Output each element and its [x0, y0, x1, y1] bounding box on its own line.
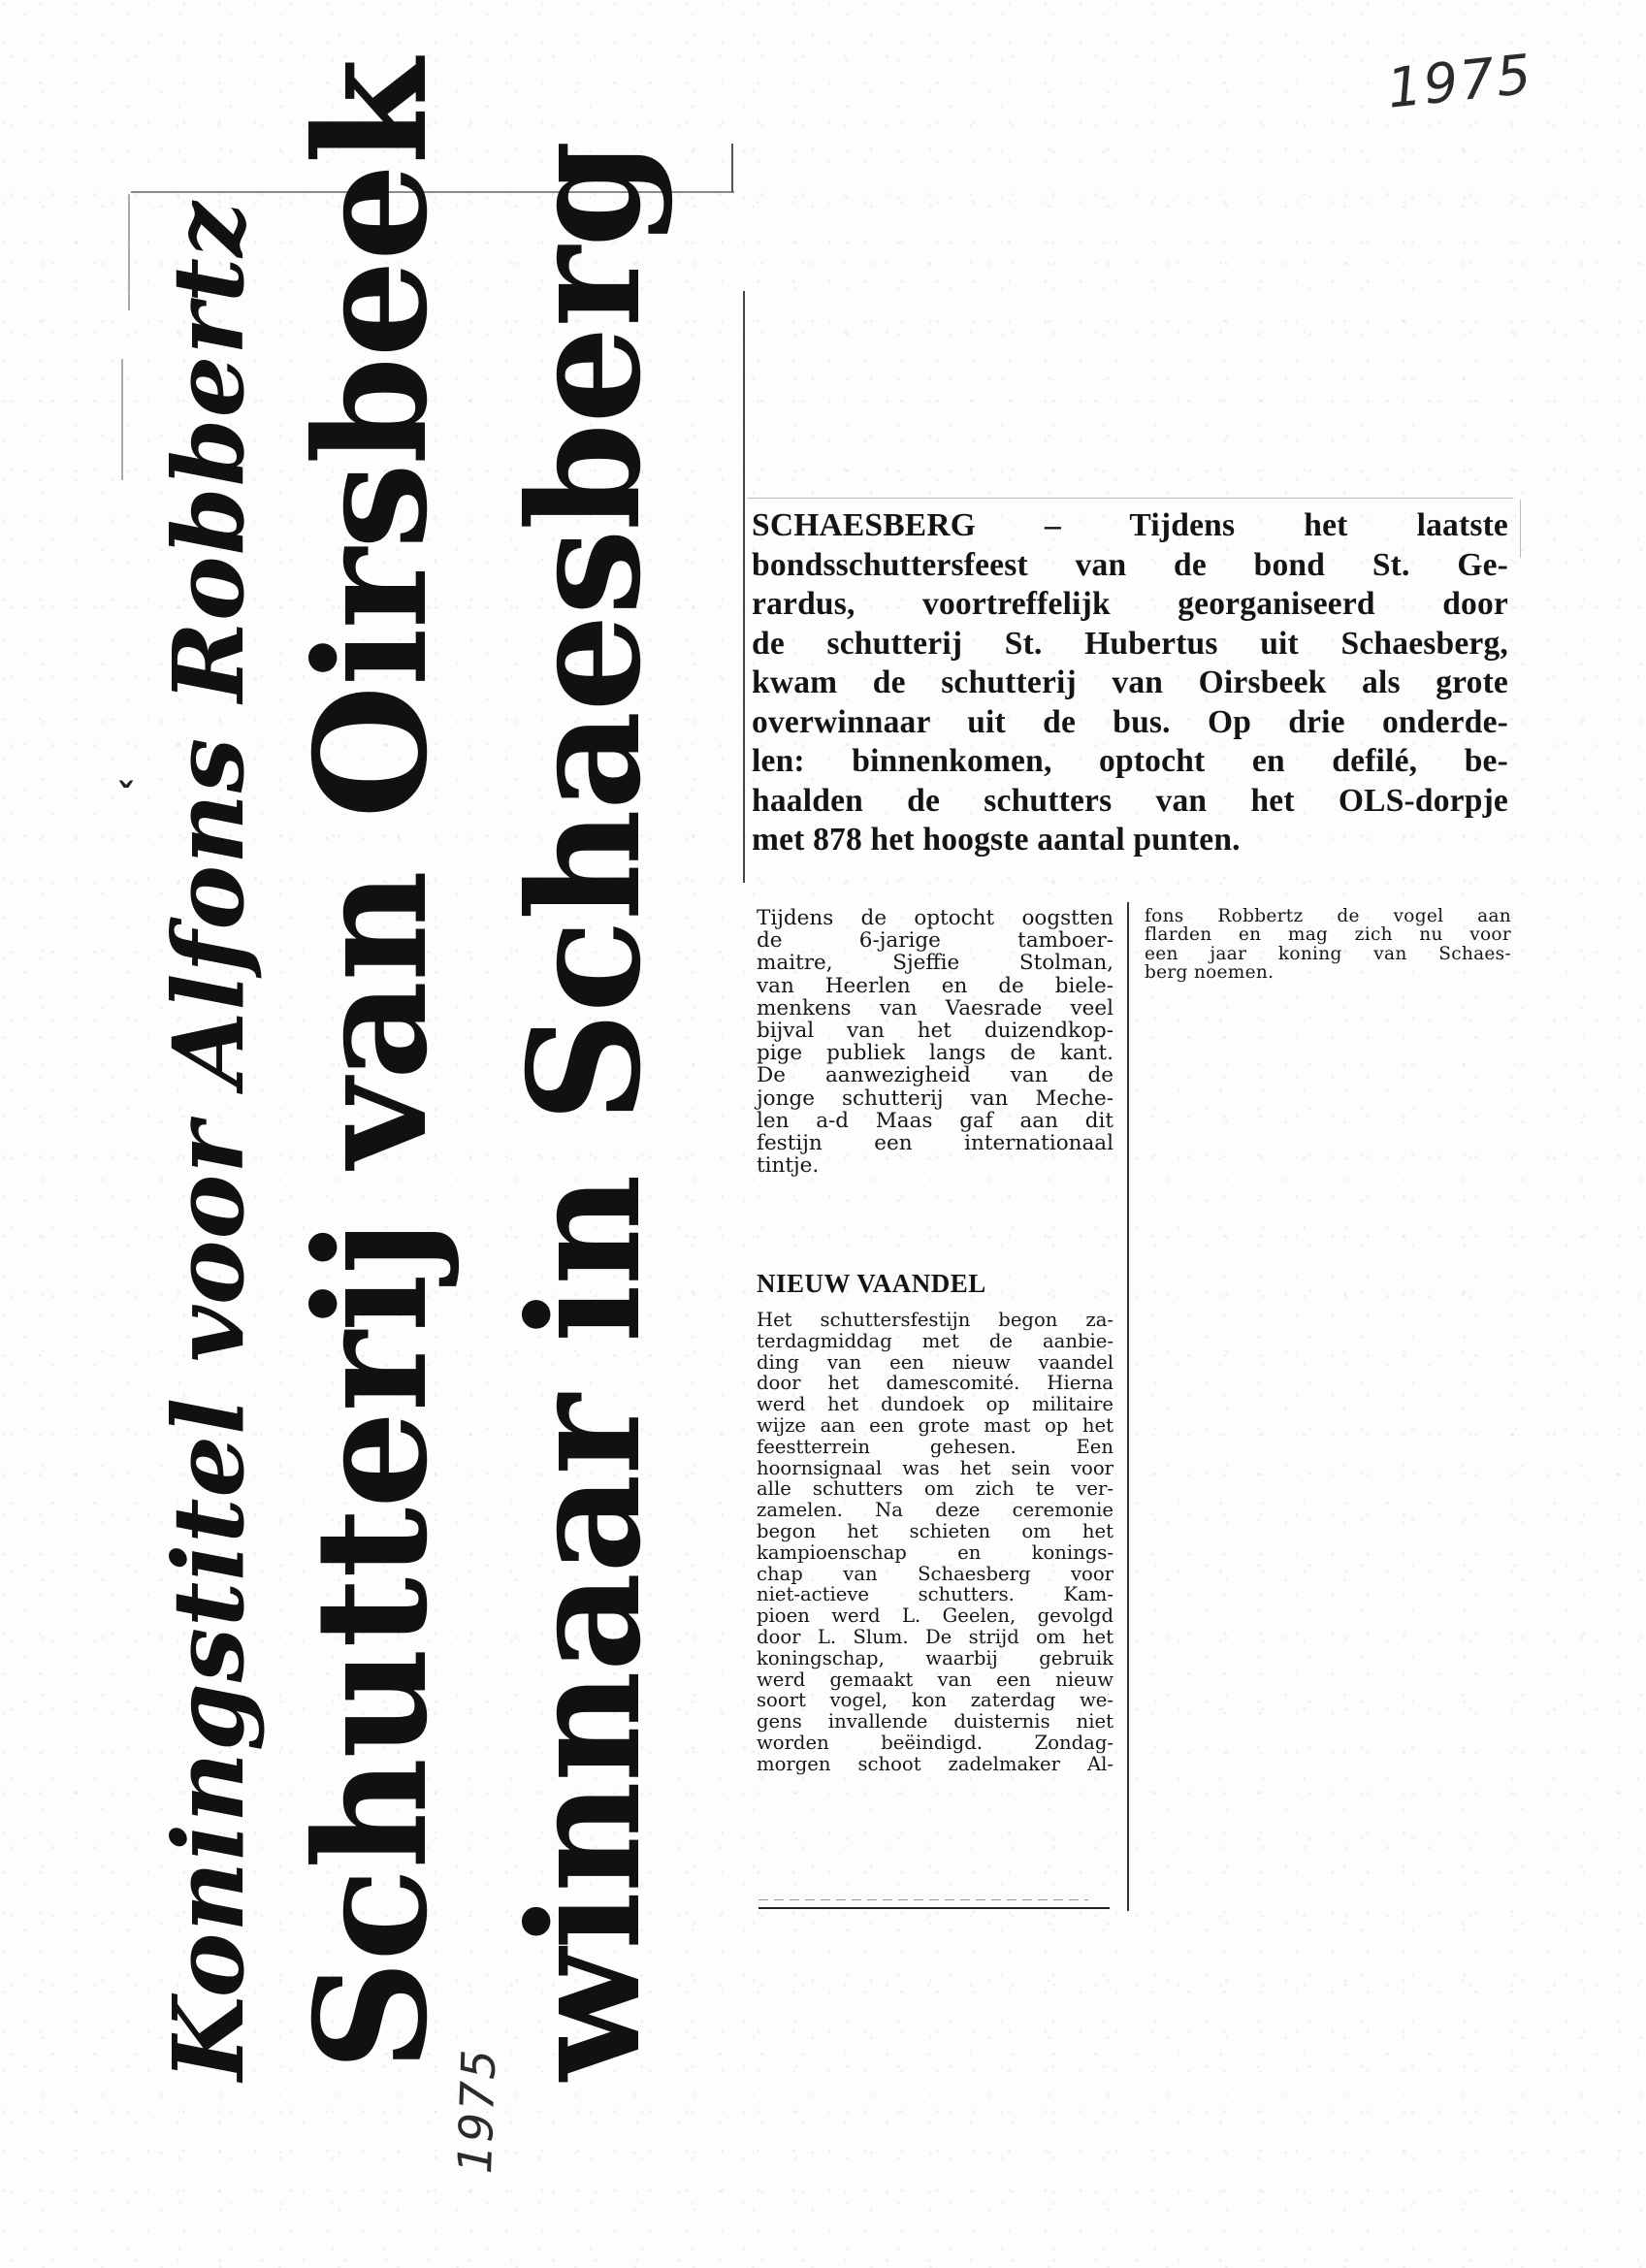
body-line: fons Robbertz de vogel aan [1145, 907, 1511, 925]
article-end-rule [758, 1907, 1110, 1909]
clipping-border-corner [731, 144, 733, 192]
body-line: chap van Schaesberg voor [757, 1564, 1113, 1585]
body-line: koningschap, waarbij gebruik [757, 1648, 1113, 1669]
column-2-paragraph: fons Robbertz de vogel aan flarden en ma… [1145, 907, 1511, 983]
lead-line: bondsschuttersfeest van de bond St. Ge- [752, 546, 1508, 586]
lead-line: kwam de schutterij van Oirsbeek als grot… [752, 664, 1508, 703]
body-line: van Heerlen en de biele- [757, 975, 1113, 997]
body-line: festijn een internationaal [757, 1132, 1113, 1154]
body-line: pige publiek langs de kant. [757, 1042, 1113, 1064]
body-line: wijze aan een grote mast op het [757, 1415, 1113, 1437]
body-line: flarden en mag zich nu voor [1145, 925, 1511, 944]
column-1-paragraph-1: Tijdens de optocht oogstten de 6-jarige … [757, 907, 1113, 1177]
bottom-dashed-rule [758, 1899, 1088, 1900]
body-line: begon het schieten om het [757, 1521, 1113, 1542]
column-1-paragraph-2: Het schuttersfestijn begon za- terdagmid… [757, 1310, 1113, 1775]
lead-line: len: binnenkomen, optocht en defilé, be- [752, 742, 1508, 782]
headline-column-divider [743, 291, 745, 883]
handwritten-year-top: 1975 [1384, 43, 1535, 120]
headline-main-line-1: Schutterij van Oirsbeek [296, 199, 449, 2071]
body-line: pioen werd L. Geelen, gevolgd [757, 1605, 1113, 1627]
body-line: werd het dundoek op militaire [757, 1394, 1113, 1415]
body-line: ding van een nieuw vaandel [757, 1352, 1113, 1374]
body-line: tintje. [757, 1154, 1113, 1177]
headline-main-line-2: winnaar in Schaesberg [509, 218, 662, 2081]
body-line: feestterrein gehesen. Een [757, 1437, 1113, 1458]
body-line: door het damescomité. Hierna [757, 1373, 1113, 1394]
lead-paragraph: SCHAESBERG – Tijdens het laatste bondssc… [752, 506, 1508, 860]
body-line: Het schuttersfestijn begon za- [757, 1310, 1113, 1331]
body-line: kampioenschap en konings- [757, 1542, 1113, 1564]
stray-ink-mark: ˇ [116, 776, 136, 822]
subheading: NIEUW VAANDEL [757, 1269, 986, 1299]
lead-line: overwinnaar uit de bus. Op drie onderde- [752, 703, 1508, 743]
body-line: jonge schutterij van Meche- [757, 1087, 1113, 1110]
body-line: hoornsignaal was het sein voor [757, 1458, 1113, 1479]
body-line: berg noemen. [1145, 963, 1511, 982]
body-line: een jaar koning van Schaes- [1145, 945, 1511, 963]
lead-line: rardus, voortreffelijk georganiseerd doo… [752, 585, 1508, 625]
body-line: worden beëindigd. Zondag- [757, 1733, 1113, 1754]
body-line: zamelen. Na deze ceremonie [757, 1500, 1113, 1521]
body-line: menkens van Vaesrade veel [757, 997, 1113, 1020]
body-line: morgen schoot zadelmaker Al- [757, 1754, 1113, 1775]
lead-right-tick [1520, 500, 1521, 558]
body-line: len a-d Maas gaf aan dit [757, 1110, 1113, 1132]
body-line: alle schutters om zich te ver- [757, 1478, 1113, 1500]
lead-line: de schutterij St. Hubertus uit Schaesber… [752, 625, 1508, 664]
body-line: gens invallende duisternis niet [757, 1711, 1113, 1733]
body-line: werd gemaakt van een nieuw [757, 1669, 1113, 1691]
body-line: maitre, Sjeffie Stolman, [757, 952, 1113, 974]
body-line: De aanwezigheid van de [757, 1064, 1113, 1086]
lead-line: SCHAESBERG – Tijdens het laatste [752, 506, 1508, 546]
body-line: niet-actieve schutters. Kam- [757, 1584, 1113, 1605]
lead-line: haalden de schutters van het OLS-dorpje [752, 782, 1508, 822]
body-line: de 6-jarige tamboer- [757, 929, 1113, 952]
clipping-border-left-fragment [128, 194, 130, 310]
body-line: Tijdens de optocht oogstten [757, 907, 1113, 929]
headline-kicker: Koningstitel voor Alfons Robbertz [160, 228, 257, 2081]
body-line: terdagmiddag met de aanbie- [757, 1331, 1113, 1352]
column-divider [1127, 902, 1129, 1911]
clipping-border-left-fragment [121, 359, 123, 480]
body-line: soort vogel, kon zaterdag we- [757, 1690, 1113, 1711]
lead-top-rule [747, 498, 1513, 499]
lead-line: met 878 het hoogste aantal punten. [752, 821, 1508, 860]
body-line: door L. Slum. De strijd om het [757, 1627, 1113, 1648]
body-line: bijval van het duizendkop- [757, 1020, 1113, 1042]
